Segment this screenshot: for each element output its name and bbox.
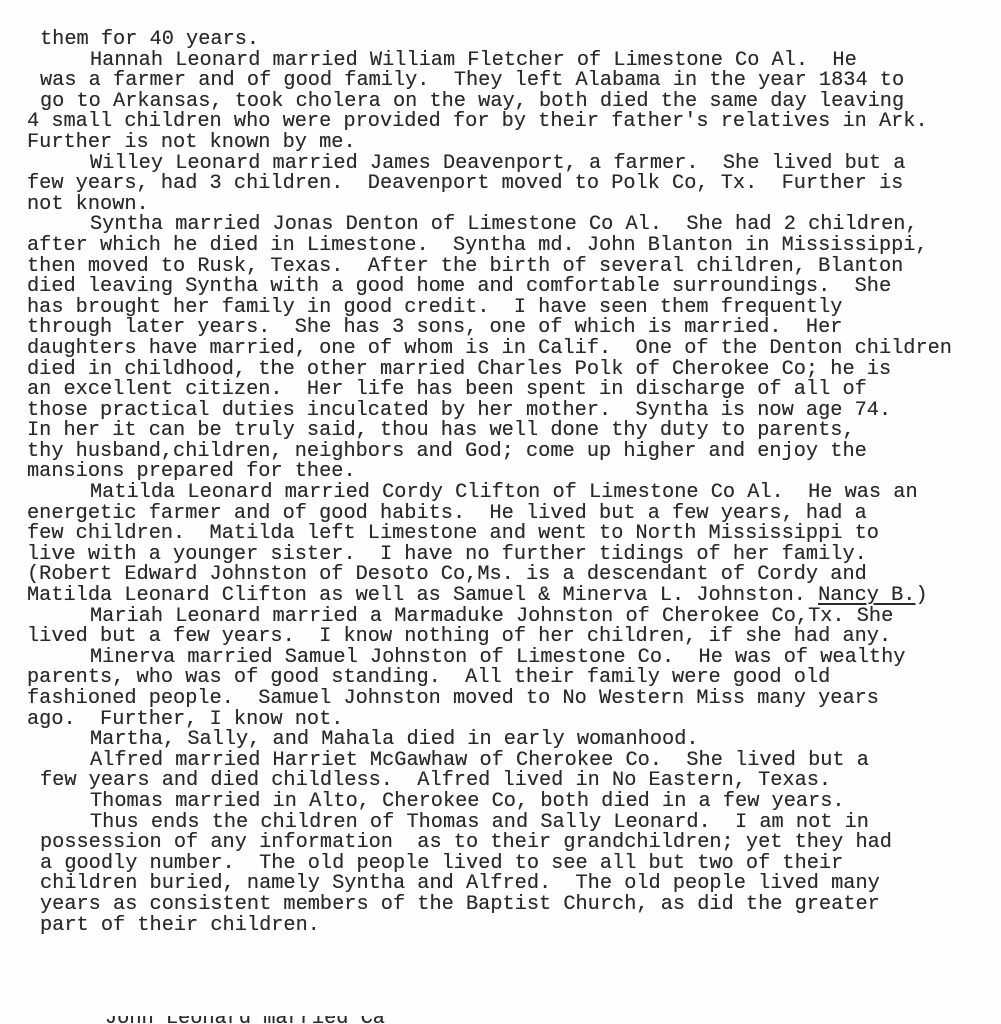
text-line: few years and died childless. Alfred liv… — [0, 771, 1001, 792]
text-line: an excellent citizen. Her life has been … — [0, 380, 1001, 401]
text-line: energetic farmer and of good habits. He … — [0, 504, 1001, 525]
text-line: after which he died in Limestone. Syntha… — [0, 236, 1001, 257]
line-text: Hannah Leonard married William Fletcher … — [90, 49, 857, 72]
text-line: Matilda Leonard Clifton as well as Samue… — [0, 586, 1001, 607]
text-line: died in childhood, the other married Cha… — [0, 360, 1001, 381]
text-line: through later years. She has 3 sons, one… — [0, 318, 1001, 339]
line-text: Minerva married Samuel Johnston of Limes… — [90, 646, 905, 669]
text-line: thy husband,children, neighbors and God;… — [0, 442, 1001, 463]
text-line: daughters have married, one of whom is i… — [0, 339, 1001, 360]
closing-paren: ) — [915, 584, 927, 607]
text-line: Martha, Sally, and Mahala died in early … — [0, 730, 1001, 751]
text-line: Thomas married in Alto, Cherokee Co, bot… — [0, 792, 1001, 813]
line-text: not known. — [27, 193, 149, 216]
line-text: Mariah Leonard married a Marmaduke Johns… — [90, 605, 893, 628]
text-line: not known. — [0, 195, 1001, 216]
line-text: them for 40 years. — [40, 28, 259, 51]
line-text: after which he died in Limestone. Syntha… — [27, 234, 928, 257]
line-text: live with a younger sister. I have no fu… — [27, 543, 867, 566]
text-line: mansions prepared for thee. — [0, 462, 1001, 483]
line-text: children buried, namely Syntha and Alfre… — [40, 872, 880, 895]
line-text: Alfred married Harriet McGawhaw of Chero… — [90, 749, 869, 772]
line-text: Willey Leonard married James Deavenport,… — [90, 152, 905, 175]
text-line: parents, who was of good standing. All t… — [0, 668, 1001, 689]
line-text: mansions prepared for thee. — [27, 460, 356, 483]
text-line: Alfred married Harriet McGawhaw of Chero… — [0, 751, 1001, 772]
line-text: died leaving Syntha with a good home and… — [27, 275, 891, 298]
text-line: In her it can be truly said, thou has we… — [0, 421, 1001, 442]
line-text: an excellent citizen. Her life has been … — [27, 378, 867, 401]
text-line: those practical duties inculcated by her… — [0, 401, 1001, 422]
text-line: (Robert Edward Johnston of Desoto Co,Ms.… — [0, 565, 1001, 586]
text-line: part of their children. — [0, 916, 1001, 937]
line-text: 4 small children who were provided for b… — [27, 110, 928, 133]
text-line: them for 40 years. — [0, 30, 1001, 51]
line-text: years as consistent members of the Bapti… — [40, 893, 880, 916]
line-text: go to Arkansas, took cholera on the way,… — [40, 90, 904, 113]
text-line: children buried, namely Syntha and Alfre… — [0, 874, 1001, 895]
line-text: those practical duties inculcated by her… — [27, 399, 891, 422]
line-text: thy husband,children, neighbors and God;… — [27, 440, 867, 463]
line-text: parents, who was of good standing. All t… — [27, 666, 830, 689]
line-text: Thus ends the children of Thomas and Sal… — [90, 811, 869, 834]
line-text: In her it can be truly said, thou has we… — [27, 419, 855, 442]
text-line: Matilda Leonard married Cordy Clifton of… — [0, 483, 1001, 504]
text-line: then moved to Rusk, Texas. After the bir… — [0, 257, 1001, 278]
line-text: then moved to Rusk, Texas. After the bir… — [27, 255, 903, 278]
line-text: (Robert Edward Johnston of Desoto Co,Ms.… — [27, 563, 867, 586]
text-line: Thus ends the children of Thomas and Sal… — [0, 813, 1001, 834]
line-text: part of their children. — [40, 914, 320, 937]
text-line: Willey Leonard married James Deavenport,… — [0, 154, 1001, 175]
line-text: a goodly number. The old people lived to… — [40, 852, 843, 875]
text-line: a goodly number. The old people lived to… — [0, 854, 1001, 875]
line-text: Matilda Leonard married Cordy Clifton of… — [90, 481, 918, 504]
text-line: was a farmer and of good family. They le… — [0, 71, 1001, 92]
text-line: Further is not known by me. — [0, 133, 1001, 154]
text-line: has brought her family in good credit. I… — [0, 298, 1001, 319]
text-line: years as consistent members of the Bapti… — [0, 895, 1001, 916]
text-line: lived but a few years. I know nothing of… — [0, 627, 1001, 648]
text-line: died leaving Syntha with a good home and… — [0, 277, 1001, 298]
line-text: has brought her family in good credit. I… — [27, 296, 842, 319]
line-text: few children. Matilda left Limestone and… — [27, 522, 879, 545]
line-text: Matilda Leonard Clifton as well as Samue… — [27, 584, 818, 607]
line-text: possession of any information as to thei… — [40, 831, 892, 854]
text-line: Mariah Leonard married a Marmaduke Johns… — [0, 607, 1001, 628]
line-text: energetic farmer and of good habits. He … — [27, 502, 867, 525]
typewritten-page: them for 40 years.Hannah Leonard married… — [0, 0, 1001, 1024]
line-text: Martha, Sally, and Mahala died in early … — [90, 728, 699, 751]
line-text: daughters have married, one of whom is i… — [27, 337, 952, 360]
line-text: ago. Further, I know not. — [27, 708, 343, 731]
line-text: died in childhood, the other married Cha… — [27, 358, 891, 381]
cut-off-text: John Leonard married Ca — [0, 1016, 1001, 1024]
document-body: them for 40 years.Hannah Leonard married… — [0, 30, 1001, 936]
text-line: Minerva married Samuel Johnston of Limes… — [0, 648, 1001, 669]
cut-off-line: John Leonard married Ca — [0, 1016, 1001, 1024]
line-text: fashioned people. Samuel Johnston moved … — [27, 687, 879, 710]
text-line: live with a younger sister. I have no fu… — [0, 545, 1001, 566]
text-line: Syntha married Jonas Denton of Limestone… — [0, 215, 1001, 236]
text-line: fashioned people. Samuel Johnston moved … — [0, 689, 1001, 710]
line-text: few years, had 3 children. Deavenport mo… — [27, 172, 903, 195]
line-text: Thomas married in Alto, Cherokee Co, bot… — [90, 790, 845, 813]
text-line: 4 small children who were provided for b… — [0, 112, 1001, 133]
text-line: few years, had 3 children. Deavenport mo… — [0, 174, 1001, 195]
line-text: was a farmer and of good family. They le… — [40, 69, 904, 92]
text-line: few children. Matilda left Limestone and… — [0, 524, 1001, 545]
line-text: Syntha married Jonas Denton of Limestone… — [90, 213, 918, 236]
text-line: possession of any information as to thei… — [0, 833, 1001, 854]
line-text: lived but a few years. I know nothing of… — [27, 625, 891, 648]
text-line: ago. Further, I know not. — [0, 710, 1001, 731]
text-line: go to Arkansas, took cholera on the way,… — [0, 92, 1001, 113]
underlined-initials: Nancy B. — [818, 584, 915, 607]
line-text: Further is not known by me. — [27, 131, 356, 154]
line-text: few years and died childless. Alfred liv… — [40, 769, 831, 792]
text-line: Hannah Leonard married William Fletcher … — [0, 51, 1001, 72]
line-text: through later years. She has 3 sons, one… — [27, 316, 842, 339]
